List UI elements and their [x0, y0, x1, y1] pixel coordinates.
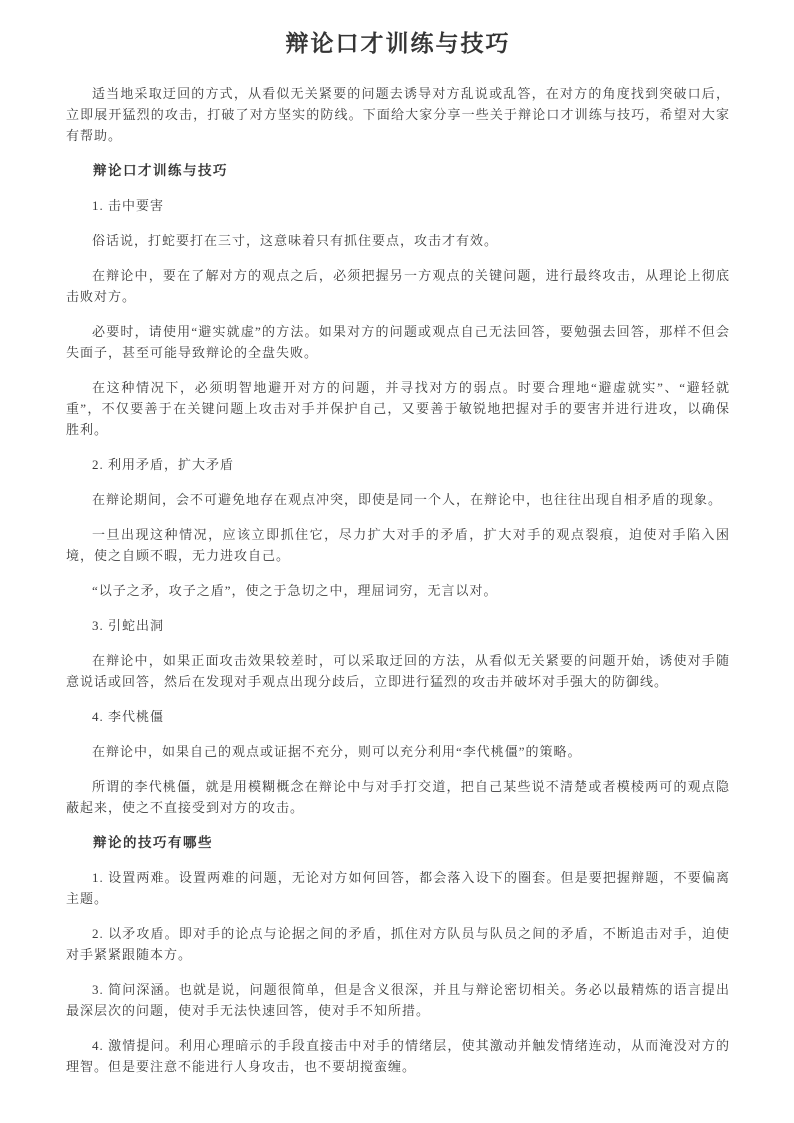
- paragraph: 必要时，请使用“避实就虚”的方法。如果对方的问题或观点自己无法回答，要勉强去回答…: [66, 321, 730, 363]
- paragraph: 所谓的李代桃僵，就是用模糊概念在辩论中与对手打交道，把自己某些说不清楚或者模棱两…: [66, 776, 730, 818]
- page-title: 辩论口才训练与技巧: [66, 29, 730, 58]
- paragraph: 1. 设置两难。设置两难的问题，无论对方如何回答，都会落入设下的圈套。但是要把握…: [66, 867, 730, 909]
- document-page: 辩论口才训练与技巧 适当地采取迂回的方式，从看似无关紧要的问题去诱导对方乱说或乱…: [0, 0, 794, 1123]
- paragraph: 2. 以矛攻盾。即对手的论点与论据之间的矛盾，抓住对方队员与队员之间的矛盾，不断…: [66, 923, 730, 965]
- numbered-heading: 3. 引蛇出洞: [66, 615, 730, 636]
- paragraph: 一旦出现这种情况，应该立即抓住它，尽力扩大对手的矛盾，扩大对手的观点裂痕，迫使对…: [66, 524, 730, 566]
- paragraph: 4. 激情提问。利用心理暗示的手段直接击中对手的情绪层，使其激动并触发情绪连动，…: [66, 1035, 730, 1077]
- paragraph: 适当地采取迂回的方式，从看似无关紧要的问题去诱导对方乱说或乱答，在对方的角度找到…: [66, 83, 730, 146]
- numbered-heading: 1. 击中要害: [66, 195, 730, 216]
- paragraph: 在辩论中，要在了解对方的观点之后，必须把握另一方观点的关键问题，进行最终攻击，从…: [66, 265, 730, 307]
- numbered-heading: 4. 李代桃僵: [66, 706, 730, 727]
- numbered-heading: 2. 利用矛盾，扩大矛盾: [66, 454, 730, 475]
- section-heading: 辩论口才训练与技巧: [66, 160, 730, 181]
- paragraph: 在辩论中，如果自己的观点或证据不充分，则可以充分利用“李代桃僵”的策略。: [66, 741, 730, 762]
- paragraph: 在这种情况下，必须明智地避开对方的问题，并寻找对方的弱点。时要合理地“避虚就实”…: [66, 377, 730, 440]
- paragraph: “以子之矛，攻子之盾”，使之于急切之中，理屈词穷，无言以对。: [66, 580, 730, 601]
- paragraph: 在辩论中，如果正面攻击效果较差时，可以采取迂回的方法，从看似无关紧要的问题开始，…: [66, 650, 730, 692]
- paragraph: 俗话说，打蛇要打在三寸，这意味着只有抓住要点，攻击才有效。: [66, 230, 730, 251]
- paragraph: 3. 简问深涵。也就是说，问题很简单，但是含义很深，并且与辩论密切相关。务必以最…: [66, 979, 730, 1021]
- section-heading: 辩论的技巧有哪些: [66, 832, 730, 853]
- paragraph: 在辩论期间，会不可避免地存在观点冲突，即使是同一个人，在辩论中，也往往出现自相矛…: [66, 489, 730, 510]
